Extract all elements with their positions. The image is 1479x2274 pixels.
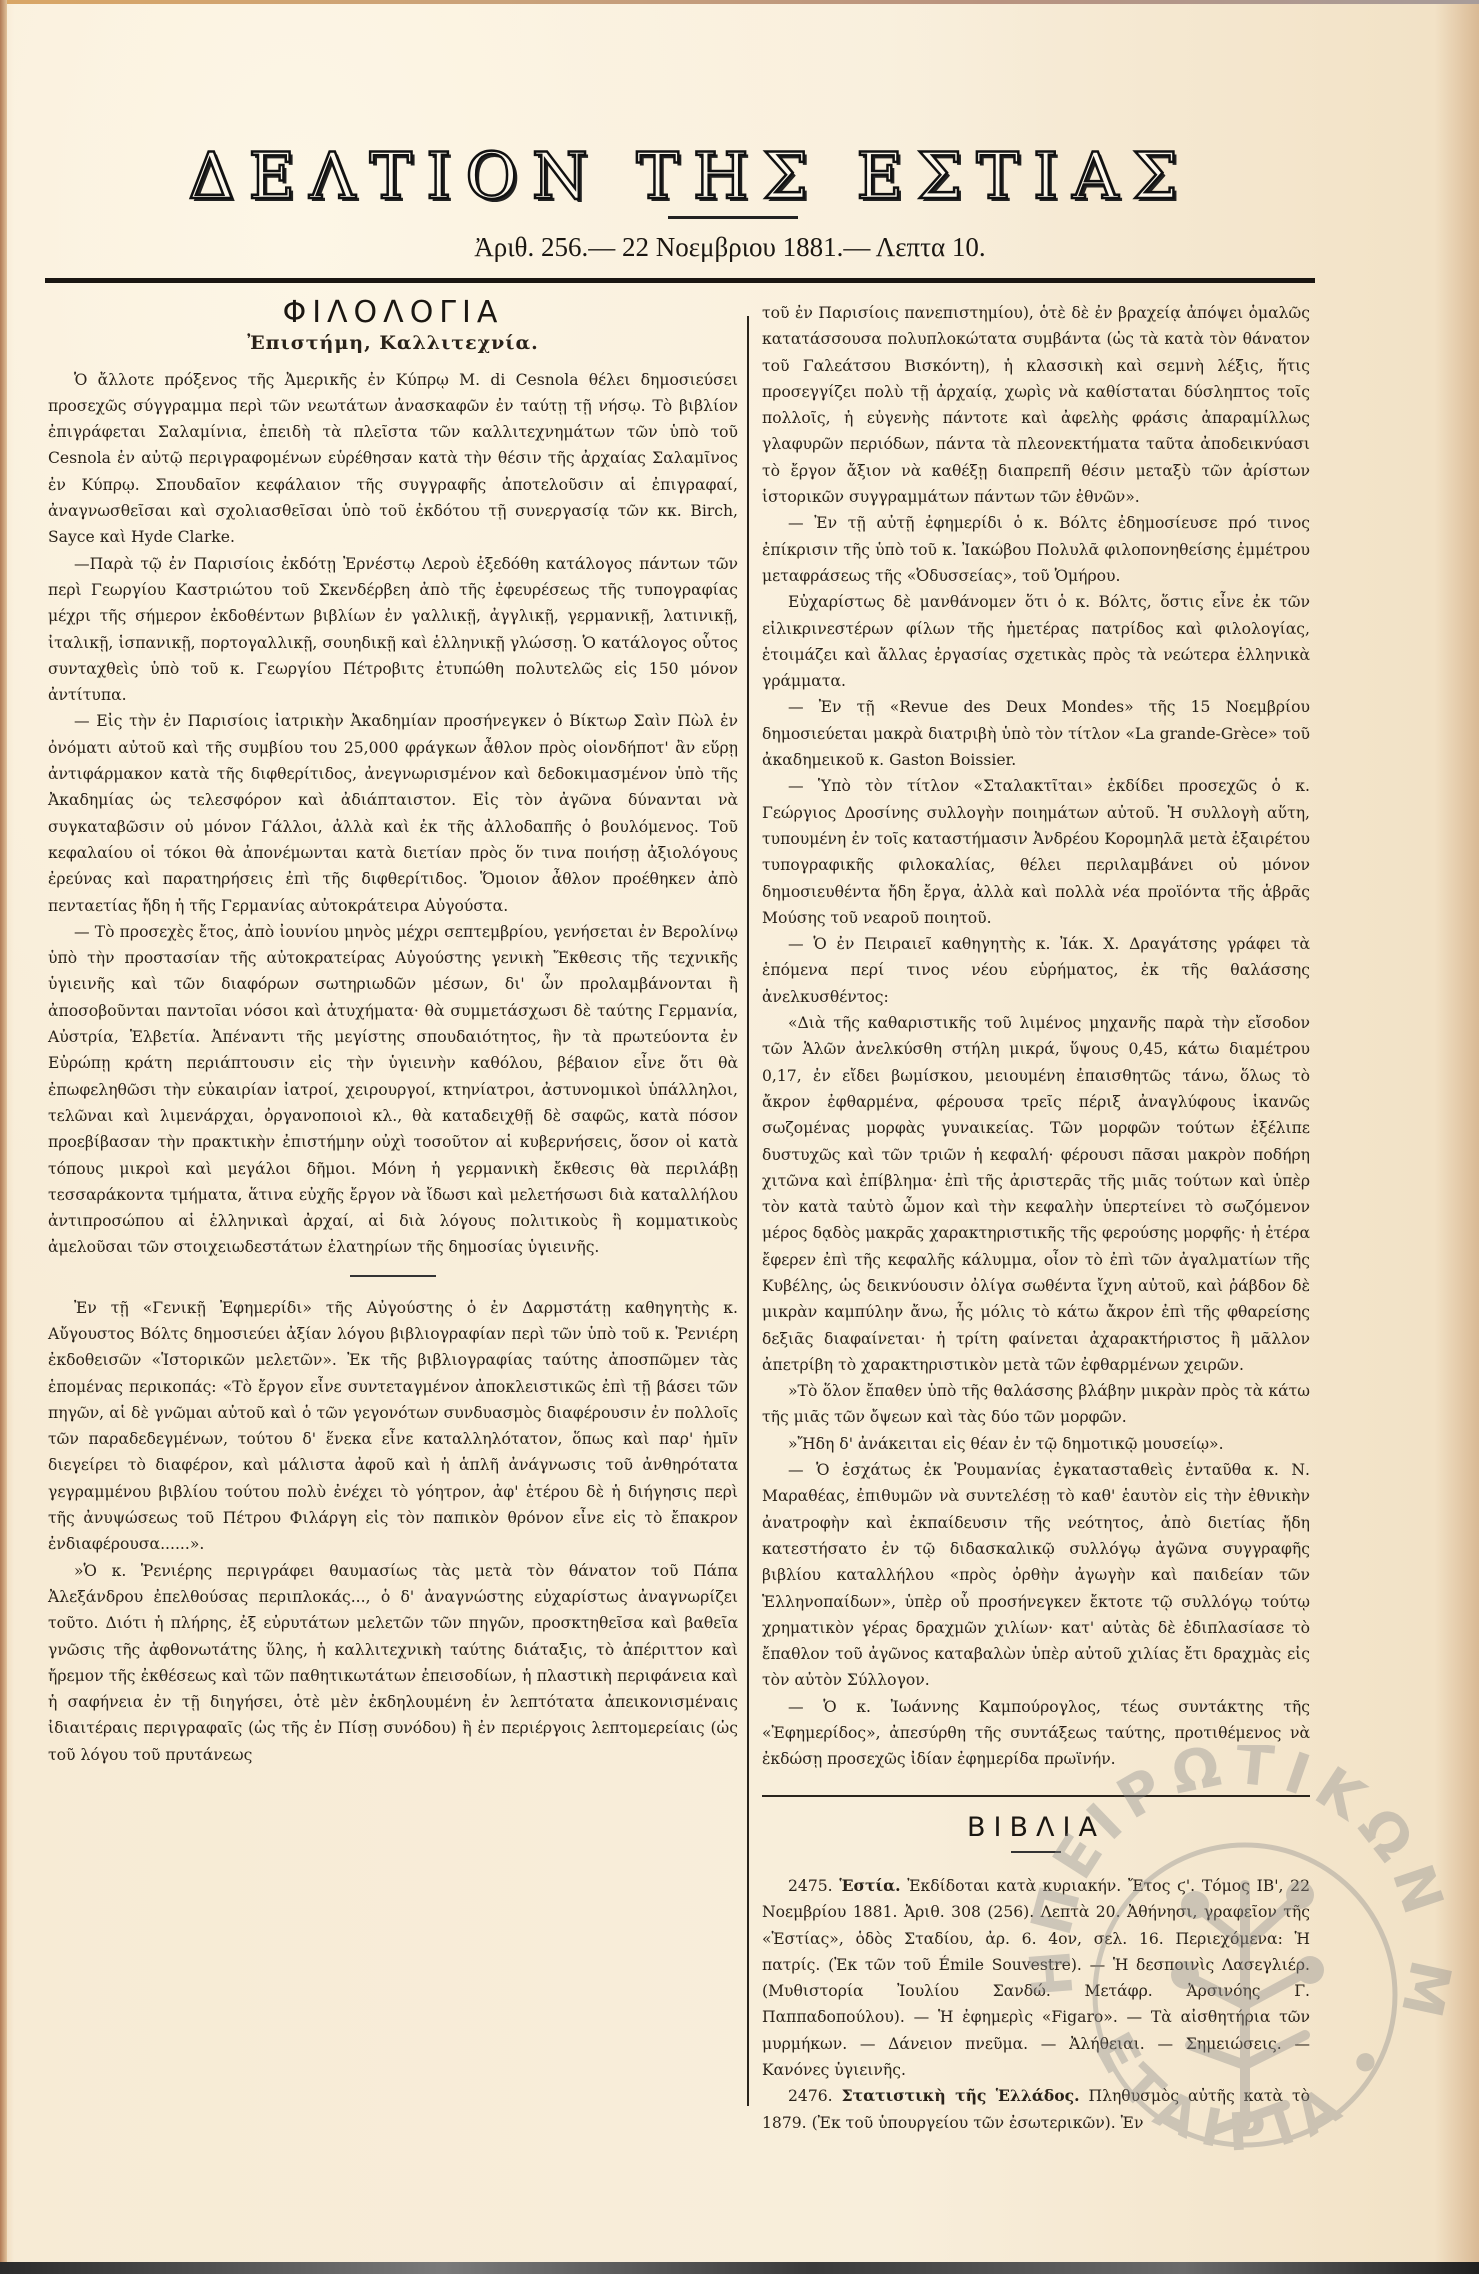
article-paragraph: τοῦ ἐν Παρισίοις πανεπιστημίου), ὁτὲ δὲ … [762,300,1310,510]
books-title-divider [1011,1851,1061,1853]
section-divider [350,1275,436,1277]
newspaper-page: ΔΕΛΤΙΟΝ ΤΗΣ ΕΣΤΙΑΣ Ἀριθ. 256.— 22 Νοεμβρ… [0,0,1479,2274]
header-rule [45,278,1315,283]
book-entry-number: 2475. [788,1877,833,1895]
page-left-edge [0,0,7,2274]
section-subtitle: Ἐπιστήμη, Καλλιτεχνία. [48,330,738,356]
article-paragraph: — Ὑπὸ τὸν τίτλον «Σταλακτῖται» ἐκδίδει π… [762,773,1310,931]
article-paragraph: — Ὁ ἐν Πειραιεῖ καθηγητὴς κ. Ἰάκ. Χ. Δρα… [762,931,1310,1010]
column-divider [747,316,749,2106]
issue-line: Ἀριθ. 256.— 22 Νοεμβριου 1881.— Λεπτα 10… [400,232,1060,263]
article-paragraph: —Παρὰ τῷ ἐν Παρισίοις ἐκδότῃ Ἐρνέστῳ Λερ… [48,551,738,709]
article-paragraph: — Ἐν τῇ «Revue des Deux Mondes» τῆς 15 Ν… [762,694,1310,773]
left-column: ΦΙΛΟΛΟΓΙΑ Ἐπιστήμη, Καλλιτεχνία. Ὁ ἄλλοτ… [48,300,738,1768]
article-paragraph: — Ὁ ἐσχάτως ἐκ Ῥουμανίας ἐγκατασταθεὶς ἐ… [762,1457,1310,1694]
books-section-title: ΒΙΒΛΙΑ [762,1815,1310,1841]
article-paragraph: Ὁ ἄλλοτε πρόξενος τῆς Ἀμερικῆς ἐν Κύπρῳ … [48,367,738,551]
article-paragraph: »Τὸ ὅλον ἔπαθεν ὑπὸ τῆς θαλάσσης βλάβην … [762,1378,1310,1431]
article-paragraph: »Ἤδη δ' ἀνάκειται εἰς θέαν ἐν τῷ δημοτικ… [762,1431,1310,1457]
article-paragraph: Εὐχαρίστως δὲ μανθάνομεν ὅτι ὁ κ. Βόλτς,… [762,589,1310,694]
section-title: ΦΙΛΟΛΟΓΙΑ [48,300,738,326]
right-column: τοῦ ἐν Παρισίοις πανεπιστημίου), ὁτὲ δὲ … [762,300,1310,2136]
article-paragraph: — Ἐν τῇ αὐτῇ ἐφημερίδι ὁ κ. Βόλτς ἐδημοσ… [762,510,1310,589]
article-paragraph: — Ὁ κ. Ἰωάννης Καμπούρογλος, τέως συντάκ… [762,1694,1310,1773]
article-paragraph: »Ὁ κ. Ῥενιέρης περιγράφει θαυμασίως τὰς … [48,1558,738,1768]
article-paragraph: Ἐν τῇ «Γενικῇ Ἐφημερίδι» τῆς Αὐγούστης ὁ… [48,1295,738,1558]
article-paragraph: — Τὸ προσεχὲς ἔτος, ἀπὸ ἰουνίου μηνὸς μέ… [48,919,738,1261]
masthead-title: ΔΕΛΤΙΟΝ ΤΗΣ ΕΣΤΙΑΣ [150,140,1230,214]
masthead-rule [668,216,798,219]
book-entry-name: Ἑστία. [839,1876,900,1895]
page-bottom-edge [0,2262,1479,2274]
book-entry-text: Ἐκδίδοται κατὰ κυριακήν. Ἔτος ϛ'. Τόμος … [762,1877,1310,2079]
article-paragraph: «Διὰ τῆς καθαριστικῆς τοῦ λιμένος μηχανῆ… [762,1010,1310,1378]
book-entry-name: Στατιστικὴ τῆς Ἑλλάδος. [842,2086,1080,2105]
book-entry: 2476. Στατιστικὴ τῆς Ἑλλάδος. Πληθυσμὸς … [762,2083,1310,2136]
article-paragraph: — Εἰς τὴν ἐν Παρισίοις ἰατρικὴν Ἀκαδημία… [48,708,738,918]
books-section-rule [762,1795,1310,1797]
book-entry: 2475. Ἑστία. Ἐκδίδοται κατὰ κυριακήν. Ἔτ… [762,1873,1310,2083]
page-top-edge [0,0,1479,4]
book-entry-number: 2476. [788,2087,833,2105]
